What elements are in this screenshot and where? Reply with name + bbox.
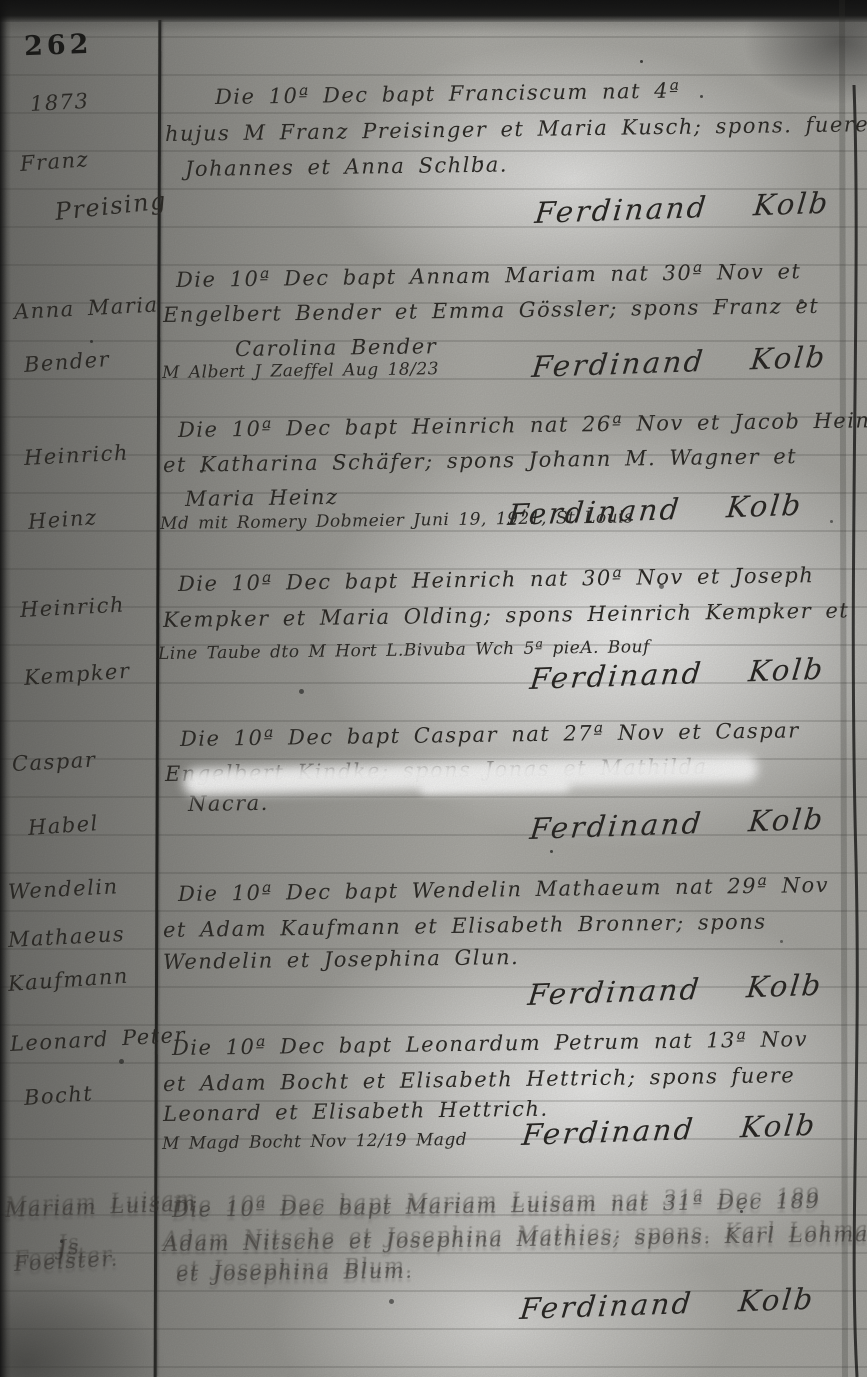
- entry-margin-name: Kempker: [23, 659, 131, 690]
- entry-margin-name: Foelster.: [13, 1247, 119, 1276]
- entry-body-line: Adam Nitsche et Josephina Mathies; spons…: [163, 1222, 867, 1256]
- entry-margin-name: Bocht: [23, 1081, 94, 1110]
- entry-margin-name: Heinrich: [19, 593, 125, 622]
- entry-year: 1873: [29, 89, 90, 116]
- scan-left-edge: [0, 0, 11, 1377]
- entry-body-line: Die 10ª Dec bapt Heinrich nat 26ª Nov et…: [178, 408, 867, 442]
- entry-body-line: Die 10ª Dec bapt Franciscum nat 4ª: [215, 79, 681, 109]
- entry-margin-name: Heinrich: [23, 441, 129, 470]
- entry-margin-name: Mariam Luisam: [5, 1191, 198, 1222]
- entry-body-line: Die 10ª Dec bapt Wendelin Mathaeum nat 2…: [178, 873, 829, 906]
- entry-body-line: Die 10ª Dec bapt Heinrich nat 30ª Nov et…: [178, 563, 815, 596]
- entry-margin-name: Caspar: [11, 748, 97, 776]
- entry-body-line: Die 10ª Dec bapt Caspar nat 27ª Nov et C…: [180, 718, 800, 751]
- entry-body-line: M Albert J Zaeffel Aug 18/23: [162, 359, 439, 383]
- scan-top-edge: [0, 0, 867, 22]
- entry-margin-name: Anna Maria: [13, 292, 159, 324]
- entry-body-line: Carolina Bender: [235, 334, 438, 361]
- entry-signature: Ferdinand Kolb: [528, 802, 826, 846]
- entry-margin-name: Mathaeus: [7, 922, 125, 952]
- entry-margin-name: Habel: [27, 811, 99, 840]
- entry-body-line: Leonard et Elisabeth Hettrich.: [163, 1097, 549, 1126]
- margin-divider-line: [154, 20, 162, 1377]
- entry-body-line: Engelbert Bender et Emma Gössler; spons …: [163, 294, 820, 327]
- entry-signature: Ferdinand Kolb: [506, 488, 804, 532]
- entry-body-line: et Adam Kaufmann et Elisabeth Bronner; s…: [163, 910, 767, 942]
- entry-margin-name: Preising: [54, 186, 169, 226]
- entry-body-line: et Adam Bocht et Elisabeth Hettrich; spo…: [163, 1063, 796, 1096]
- entry-margin-name: Leonard Peter: [9, 1023, 186, 1056]
- entry-body-line: et Katharina Schäfer; spons Johann M. Wa…: [163, 444, 797, 477]
- entry-body-line: Wendelin et Josephina Glun.: [163, 945, 520, 974]
- entry-signature: Ferdinand Kolb: [530, 340, 828, 384]
- entry-body-line: Die 10ª Dec bapt Annam Mariam nat 30ª No…: [176, 259, 802, 292]
- entry-margin-name: Franz: [19, 147, 90, 176]
- entry-body-line: Die 10ª Dec bapt Leonardum Petrum nat 13…: [172, 1027, 808, 1060]
- entry-body-line: Die 10ª Dec bapt Mariam Luisam nat 31ª D…: [172, 1189, 821, 1222]
- entry-margin-name: Bender: [23, 347, 111, 377]
- entry-signature: Ferdinand Kolb: [533, 186, 831, 230]
- entry-body-line: Johannes et Anna Schlba.: [185, 152, 508, 181]
- entry-signature: Ferdinand Kolb: [518, 1282, 816, 1326]
- entry-annotation: M Magd Bocht Nov 12/19 Magd: [162, 1130, 468, 1154]
- whiteout-correction-streak: [420, 779, 570, 795]
- entry-margin-name: Heinz: [27, 505, 98, 534]
- entry-margin-name: Kaufmann: [7, 964, 129, 996]
- entry-body-line: Maria Heinz: [185, 485, 339, 511]
- entry-margin-name: Wendelin: [7, 874, 119, 904]
- entry-body-line: Kempker et Maria Olding; spons Heinrich …: [163, 598, 850, 632]
- entry-signature: Ferdinand Kolb: [528, 652, 826, 696]
- scan-right-edge-line: [836, 0, 867, 1377]
- entry-signature: Ferdinand Kolb: [520, 1108, 818, 1152]
- scan-speckles: [640, 60, 643, 63]
- entry-body-line: et Josephina Blum.: [176, 1259, 414, 1286]
- register-page-scan: 262 1873 Franz Preising Die 10ª Dec bapt…: [0, 0, 867, 1377]
- entry-body-line: hujus M Franz Preisinger et Maria Kusch;…: [165, 112, 867, 146]
- page-number: 262: [23, 29, 92, 62]
- entry-signature: Ferdinand Kolb: [526, 968, 824, 1012]
